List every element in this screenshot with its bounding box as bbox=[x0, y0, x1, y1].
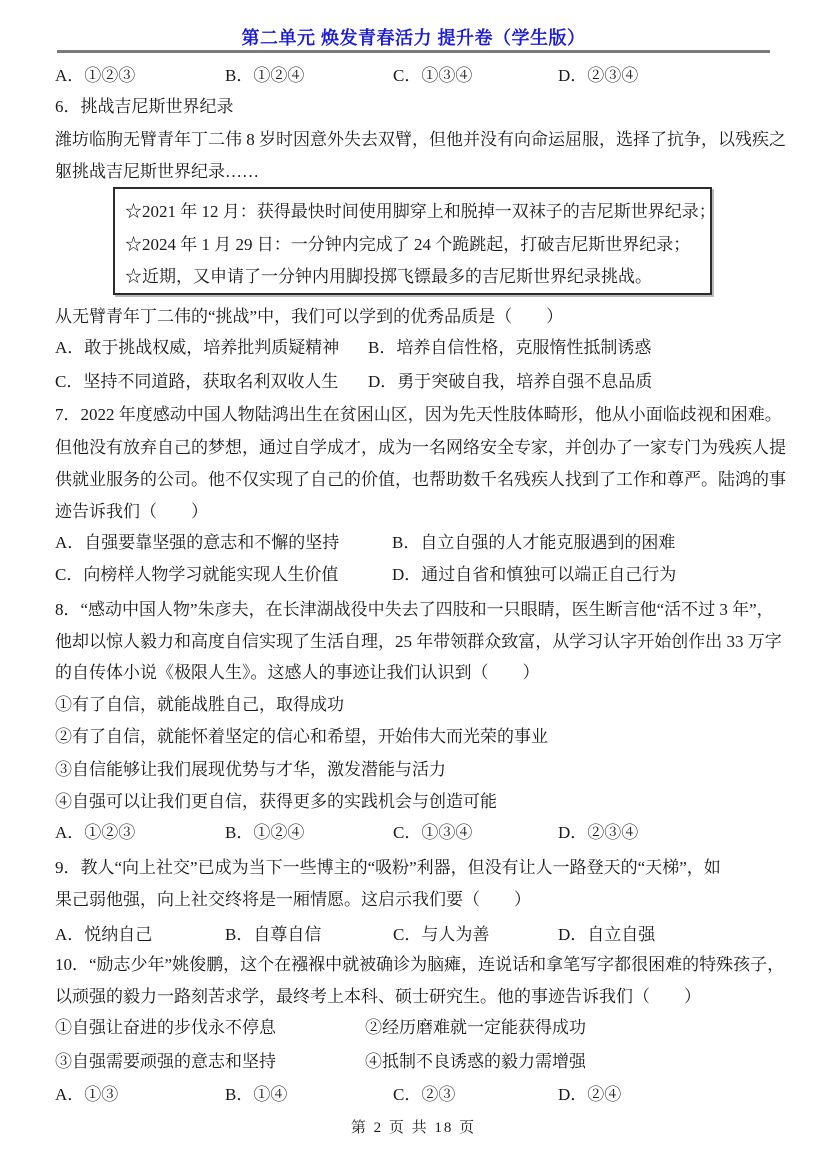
q8-option-b: B．①②④ bbox=[225, 823, 304, 842]
q10-statement-4: ④抵制不良诱惑的毅力需增强 bbox=[365, 1052, 586, 1071]
q8-statement-3: ③自信能够让我们展现优势与才华，激发潜能与活力 bbox=[55, 760, 772, 782]
prev-options-row: A．①②③ B．①②④ C．①③④ D．②③④ bbox=[55, 66, 772, 88]
prev-option-c: C．①③④ bbox=[393, 66, 472, 85]
q8-option-c: C．①③④ bbox=[393, 823, 472, 842]
q7-option-a: A．自强要靠坚强的意志和不懈的坚持 bbox=[55, 533, 339, 552]
q7-option-d: D．通过自省和慎独可以端正自己行为 bbox=[392, 565, 676, 584]
record-line: ☆2021 年 12 月：获得最快时间使用脚穿上和脱掉一双袜子的吉尼斯世界纪录； bbox=[125, 202, 716, 221]
q8-option-a: A．①②③ bbox=[55, 823, 135, 842]
q10-statements-row: ①自强让奋进的步伐永不停息 ②经历磨难就一定能获得成功 bbox=[55, 1018, 772, 1040]
q7-option-c: C．向榜样人物学习就能实现人生价值 bbox=[55, 565, 338, 584]
q10-option-d: D．②④ bbox=[558, 1085, 621, 1104]
q9-option-a: A．悦纳自己 bbox=[55, 925, 152, 944]
q10-statement-3: ③自强需要顽强的意志和坚持 bbox=[55, 1052, 276, 1071]
q10-stem-line: 以顽强的毅力一路刻苦求学，最终考上本科、硕士研究生。他的事迹告诉我们（ ） bbox=[55, 987, 772, 1009]
q6-option-a: A．敢于挑战权威，培养批判质疑精神 bbox=[55, 338, 339, 357]
q9-stem-line: 9．教人“向上社交”已成为当下一些博主的“吸粉”利器，但没有让人一路登天的“天梯… bbox=[55, 858, 772, 880]
q7-stem-line: 7．2022 年度感动中国人物陆鸿出生在贫困山区，因为先天性肢体畸形，他从小面临… bbox=[55, 405, 772, 427]
q6-heading: 6．挑战吉尼斯世界纪录 bbox=[55, 97, 772, 119]
q6-options-row: C．坚持不同道路，获取名利双收人生 D．勇于突破自我，培养自强不息品质 bbox=[55, 372, 772, 394]
record-line: ☆2024 年 1 月 29 日：一分钟内完成了 24 个跪跳起，打破吉尼斯世界… bbox=[125, 235, 690, 254]
q10-statements-row: ③自强需要顽强的意志和坚持 ④抵制不良诱惑的毅力需增强 bbox=[55, 1052, 772, 1074]
page-title: 第二单元 焕发青春活力 提升卷（学生版） bbox=[0, 24, 827, 50]
prev-option-a: A．①②③ bbox=[55, 66, 135, 85]
q6-option-c: C．坚持不同道路，获取名利双收人生 bbox=[55, 372, 338, 391]
q6-option-b: B．培养自信性格，克服惰性抵制诱惑 bbox=[368, 338, 651, 357]
q9-option-b: B．自尊自信 bbox=[225, 925, 321, 944]
q10-option-b: B．①④ bbox=[225, 1085, 287, 1104]
record-line: ☆近期，又申请了一分钟内用脚投掷飞镖最多的吉尼斯世界纪录挑战。 bbox=[125, 267, 652, 286]
q7-stem-line: 供就业服务的公司。他不仅实现了自己的价值，也帮助数千名残疾人找到了工作和尊严。陆… bbox=[55, 470, 772, 492]
q8-stem-line: 8．“感动中国人物”朱彦夫，在长津湖战役中失去了四肢和一只眼睛，医生断言他“活不… bbox=[55, 600, 772, 622]
q8-statement-4: ④自强可以让我们更自信，获得更多的实践机会与创造可能 bbox=[55, 792, 772, 814]
prev-option-d: D．②③④ bbox=[558, 66, 638, 85]
q8-stem-line: 的自传体小说《极限人生》。这感人的事迹让我们认识到（ ） bbox=[55, 663, 772, 685]
q9-option-c: C．与人为善 bbox=[393, 925, 489, 944]
q10-options-row: A．①③ B．①④ C．②③ D．②④ bbox=[55, 1085, 772, 1107]
q8-option-d: D．②③④ bbox=[558, 823, 638, 842]
title-divider bbox=[57, 50, 770, 53]
q8-statement-1: ①有了自信，就能战胜自己，取得成功 bbox=[55, 695, 772, 717]
q7-stem-line: 但他没有放弃自己的梦想，通过自学成才，成为一名网络安全专家，并创办了一家专门为残… bbox=[55, 438, 772, 460]
q7-stem-line: 迹告诉我们（ ） bbox=[55, 502, 772, 524]
q8-options-row: A．①②③ B．①②④ C．①③④ D．②③④ bbox=[55, 823, 772, 845]
q6-option-d: D．勇于突破自我，培养自强不息品质 bbox=[368, 372, 652, 391]
page-number: 第 2 页 共 18 页 bbox=[0, 1116, 827, 1137]
q6-paragraph-line: 潍坊临朐无臂青年丁二伟 8 岁时因意外失去双臂，但他并没有向命运屈服，选择了抗争… bbox=[55, 130, 772, 152]
q7-options-row: C．向榜样人物学习就能实现人生价值 D．通过自省和慎独可以端正自己行为 bbox=[55, 565, 772, 587]
q10-statement-2: ②经历磨难就一定能获得成功 bbox=[365, 1018, 586, 1037]
q7-options-row: A．自强要靠坚强的意志和不懈的坚持 B．自立自强的人才能克服遇到的困难 bbox=[55, 533, 772, 555]
q9-options-row: A．悦纳自己 B．自尊自信 C．与人为善 D．自立自强 bbox=[55, 925, 772, 947]
q10-option-c: C．②③ bbox=[393, 1085, 455, 1104]
q8-stem-line: 他却以惊人毅力和高度自信实现了生活自理，25 年带领群众致富，从学习认字开始创作… bbox=[55, 632, 772, 654]
q6-stem: 从无臂青年丁二伟的“挑战”中，我们可以学到的优秀品质是（ ） bbox=[55, 307, 772, 329]
q10-statement-1: ①自强让奋进的步伐永不停息 bbox=[55, 1018, 276, 1037]
q6-paragraph-line: 躯挑战吉尼斯世界纪录…… bbox=[55, 162, 772, 184]
q10-stem-line: 10．“励志少年”姚俊鹏，这个在襁褓中就被确诊为脑瘫，连说话和拿笔写字都很困难的… bbox=[55, 955, 772, 977]
q9-stem-line: 果己弱他强，向上社交终将是一厢情愿。这启示我们要（ ） bbox=[55, 890, 772, 912]
q7-option-b: B．自立自强的人才能克服遇到的困难 bbox=[392, 533, 675, 552]
q6-record-box: ☆2021 年 12 月：获得最快时间使用脚穿上和脱掉一双袜子的吉尼斯世界纪录；… bbox=[113, 187, 712, 295]
q6-options-row: A．敢于挑战权威，培养批判质疑精神 B．培养自信性格，克服惰性抵制诱惑 bbox=[55, 338, 772, 360]
q8-statement-2: ②有了自信，就能怀着坚定的信心和希望，开始伟大而光荣的事业 bbox=[55, 727, 772, 749]
q9-option-d: D．自立自强 bbox=[558, 925, 655, 944]
prev-option-b: B．①②④ bbox=[225, 66, 304, 85]
q10-option-a: A．①③ bbox=[55, 1085, 118, 1104]
